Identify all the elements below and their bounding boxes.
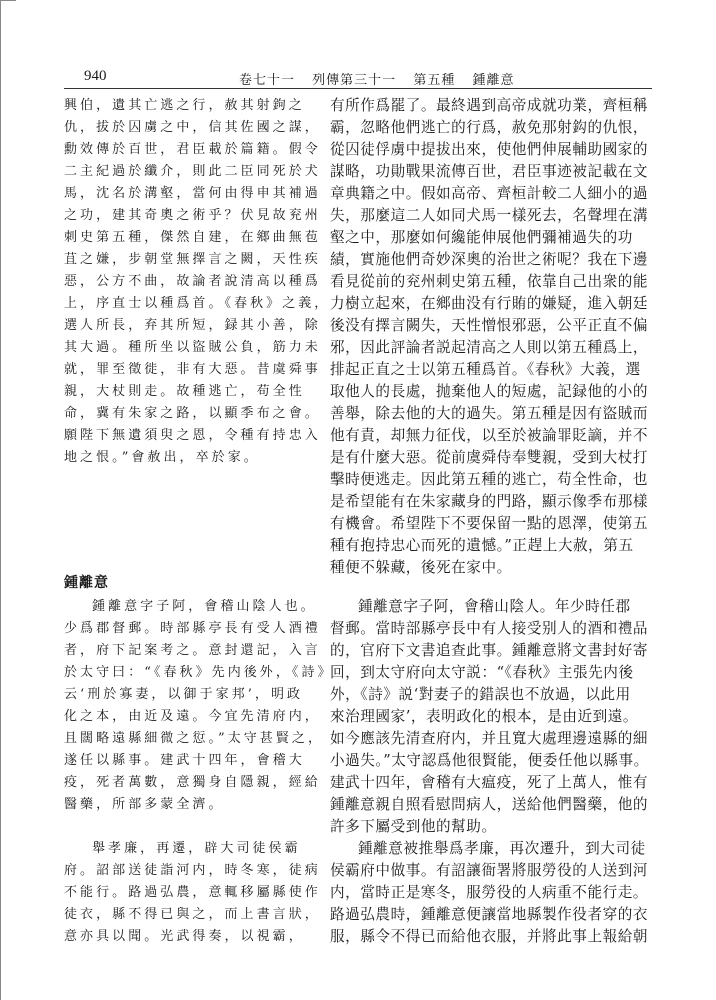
text-line: 失，那麼這二人如同犬馬一樣死去，名聲埋在溝 [330,205,650,227]
running-title-person-1: 第五種 [413,73,455,88]
blank-line [64,816,308,838]
classical-text-bottom: 鍾離意字子阿，會稽山陰人也。 少爲郡督郵。時部縣亭長有受人酒禮 者，府下記案考之… [64,596,308,948]
text-line: 督郵。當時部縣亭長中有人接受别人的酒和禮品 [330,618,650,640]
text-line: 服，縣令不得已而給他衣服，并將此事上報給朝 [330,926,650,948]
page-header: 940 卷七十一 列傳第三十一 第五種 鍾離意 [64,68,650,88]
text-line: 二主紀過於纖介，則此二臣同死於犬 [64,161,308,183]
text-line: 親，大杖則走。故種逃亡，苟全性 [64,381,308,403]
text-line: 鍾離意字子阿，會稽山陰人。年少時任郡 [330,596,650,618]
text-line: 是希望能有在朱家藏身的門路，顯示像季布那樣 [330,491,650,513]
text-line: 鍾離意親自照看慰問病人，送給他們醫藥，他的 [330,794,650,816]
text-line: 地之恨。”會赦出，卒於家。 [64,447,308,469]
text-line: 有機會。希望陛下不要保留一點的恩澤，使第五 [330,513,650,535]
text-line: 善舉，除去他的大的過失。第五種是因有盜賊而 [330,403,650,425]
text-line: 之功，建其奇奧之術乎？伏見故兖州 [64,205,308,227]
text-line: 化之本，由近及遠。今宜先清府内， [64,706,308,728]
text-line: 少爲郡督郵。時部縣亭長有受人酒禮 [64,618,308,640]
text-line: 霸，忽略他們逃亡的行爲，赦免那射鈎的仇恨， [330,117,650,139]
text-line: 仇，拔於囚虜之中，信其佐國之謀， [64,117,308,139]
text-line: 苴之嫌，步朝堂無擇言之闕，天性疾 [64,249,308,271]
section-title: 鍾離意 [64,572,308,594]
text-line: 邪，因此評論者説起清高之人則以第五種爲上， [330,337,650,359]
text-line: 上，序直士以種爲首。《春秋》之義， [64,293,308,315]
text-line: 興伯，遺其亡逃之行，赦其射鉤之 [64,95,308,117]
text-line: 路過弘農時，鍾離意便讓當地縣製作役者穿的衣 [330,904,650,926]
text-line: 小過失。”太守認爲他很賢能，便委任他以縣事。 [330,750,650,772]
text-line: 如今應該先清查府内，并且寬大處理邊遠縣的細 [330,728,650,750]
text-line: 者，府下記案考之。意封還記，入言 [64,640,308,662]
text-line: 看見從前的兖州刺史第五種，依靠自己出衆的能 [330,271,650,293]
running-title-person-2: 鍾離意 [472,73,514,88]
text-line: 取他人的長處，抛棄他人的短處，記録他的小的 [330,381,650,403]
text-line: 來治理國家’，表明政化的根本，是由近到遠。 [330,706,650,728]
running-title-biography: 列傳第三十一 [312,73,396,88]
text-line: 選人所長，弃其所短，録其小善，除 [64,315,308,337]
text-line: 内，當時正是寒冬，服勞役的人病重不能行走。 [330,882,650,904]
scan-top-edge [0,0,16,1]
text-line: 回，到太守府向太守説：“《春秋》主張先内後 [330,662,650,684]
text-line: 壑之中，那麼如何纔能伸展他們彌補過失的功 [330,227,650,249]
scan-left-edge [0,0,1,1000]
text-line: 舉孝廉，再遷，辟大司徒侯霸 [64,838,308,860]
text-line: 疫，死者萬數，意獨身自隱親，經給 [64,772,308,794]
text-line: 刺史第五種，傑然自建，在鄉曲無苞 [64,227,308,249]
text-line: 的，官府下文書追查此事。鍾離意將文書封好寄 [330,640,650,662]
translation-text-top: 有所作爲罷了。最終遇到高帝成就功業，齊桓稱 霸，忽略他們逃亡的行爲，赦免那射鈎的… [330,95,650,579]
header-rule [64,88,652,89]
text-line: 謀略，功勛戰果流傳百世，君臣事迹被記載在文 [330,161,650,183]
text-line: 遂任以縣事。建武十四年，會稽大 [64,750,308,772]
page-number: 940 [84,68,107,85]
text-line: 排起正直之士以第五種爲首。《春秋》大義，選 [330,359,650,381]
section-heading-block: 鍾離意 [64,572,308,594]
running-title-volume: 卷七十一 [239,73,295,88]
text-line: 府。詔部送徒詣河内，時冬寒，徒病 [64,860,308,882]
text-line: 鍾離意字子阿，會稽山陰人也。 [64,596,308,618]
text-line: 從囚徒俘虜中提拔出來，使他們伸展輔助國家的 [330,139,650,161]
text-line: 就，罪至徵徙，非有大惡。昔虞舜事 [64,359,308,381]
text-line: 有所作爲罷了。最終遇到高帝成就功業，齊桓稱 [330,95,650,117]
running-title: 卷七十一 列傳第三十一 第五種 鍾離意 [239,69,526,88]
text-line: 勳效傳於百世，君臣載於篇籍。假令 [64,139,308,161]
text-line: 章典籍之中。假如高帝、齊桓計較二人細小的過 [330,183,650,205]
text-line: 願陛下無遺須臾之恩，令種有持忠入 [64,425,308,447]
text-line: 擊時便逃走。因此第五種的逃亡，苟全性命，也 [330,469,650,491]
text-line: 意亦具以聞。光武得奏，以視霸， [64,926,308,948]
text-line: 是有什麼大惡。從前虞舜侍奉雙親，受到大杖打 [330,447,650,469]
text-line: 鍾離意被推舉爲孝廉，再次遷升，到大司徒 [330,838,650,860]
text-line: 不能行。路過弘農，意輒移屬縣使作 [64,882,308,904]
text-line: 種便不躲藏，後死在家中。 [330,557,650,579]
text-line: 力樹立起來，在鄉曲没有行賄的嫌疑，進入朝廷 [330,293,650,315]
text-line: 且闊略遠縣細微之愆。”太守甚賢之， [64,728,308,750]
text-line: 醫藥，所部多蒙全濟。 [64,794,308,816]
text-line: 惡，公方不曲，故論者說清高以種爲 [64,271,308,293]
classical-text-top: 興伯，遺其亡逃之行，赦其射鉤之 仇，拔於囚虜之中，信其佐國之謀， 勳效傳於百世，… [64,95,308,469]
translation-text-bottom: 鍾離意字子阿，會稽山陰人。年少時任郡 督郵。當時部縣亭長中有人接受别人的酒和禮品… [330,596,650,948]
text-line: 績，實施他們奇妙深奧的治世之術呢？我在下邊 [330,249,650,271]
text-line: 建武十四年，會稽有大瘟疫，死了上萬人，惟有 [330,772,650,794]
text-line: 侯霸府中做事。有詔讓衙署將服勞役的人送到河 [330,860,650,882]
text-line: 許多下屬受到他的幫助。 [330,816,650,838]
text-line: 後没有擇言闕失，天性憎恨邪惡，公平正直不偏 [330,315,650,337]
text-line: 命，冀有朱家之路，以顯季布之會。 [64,403,308,425]
text-line: 外，《詩》説‘對妻子的錯誤也不放過，以此用 [330,684,650,706]
text-line: 種有抱持忠心而死的遺憾。”正趕上大赦，第五 [330,535,650,557]
text-line: 徒衣，縣不得已與之，而上書言狀， [64,904,308,926]
text-line: 馬，沈名於溝壑，當何由得申其補過 [64,183,308,205]
text-line: 於太守曰：“《春秋》先内後外，《詩》 [64,662,308,684]
text-line: 他有責，却無力征伐，以至於被論罪貶謫，并不 [330,425,650,447]
text-line: 其大過。種所坐以盜賊公負，筋力未 [64,337,308,359]
text-line: 云‘刑於寡妻，以御于家邦’，明政 [64,684,308,706]
